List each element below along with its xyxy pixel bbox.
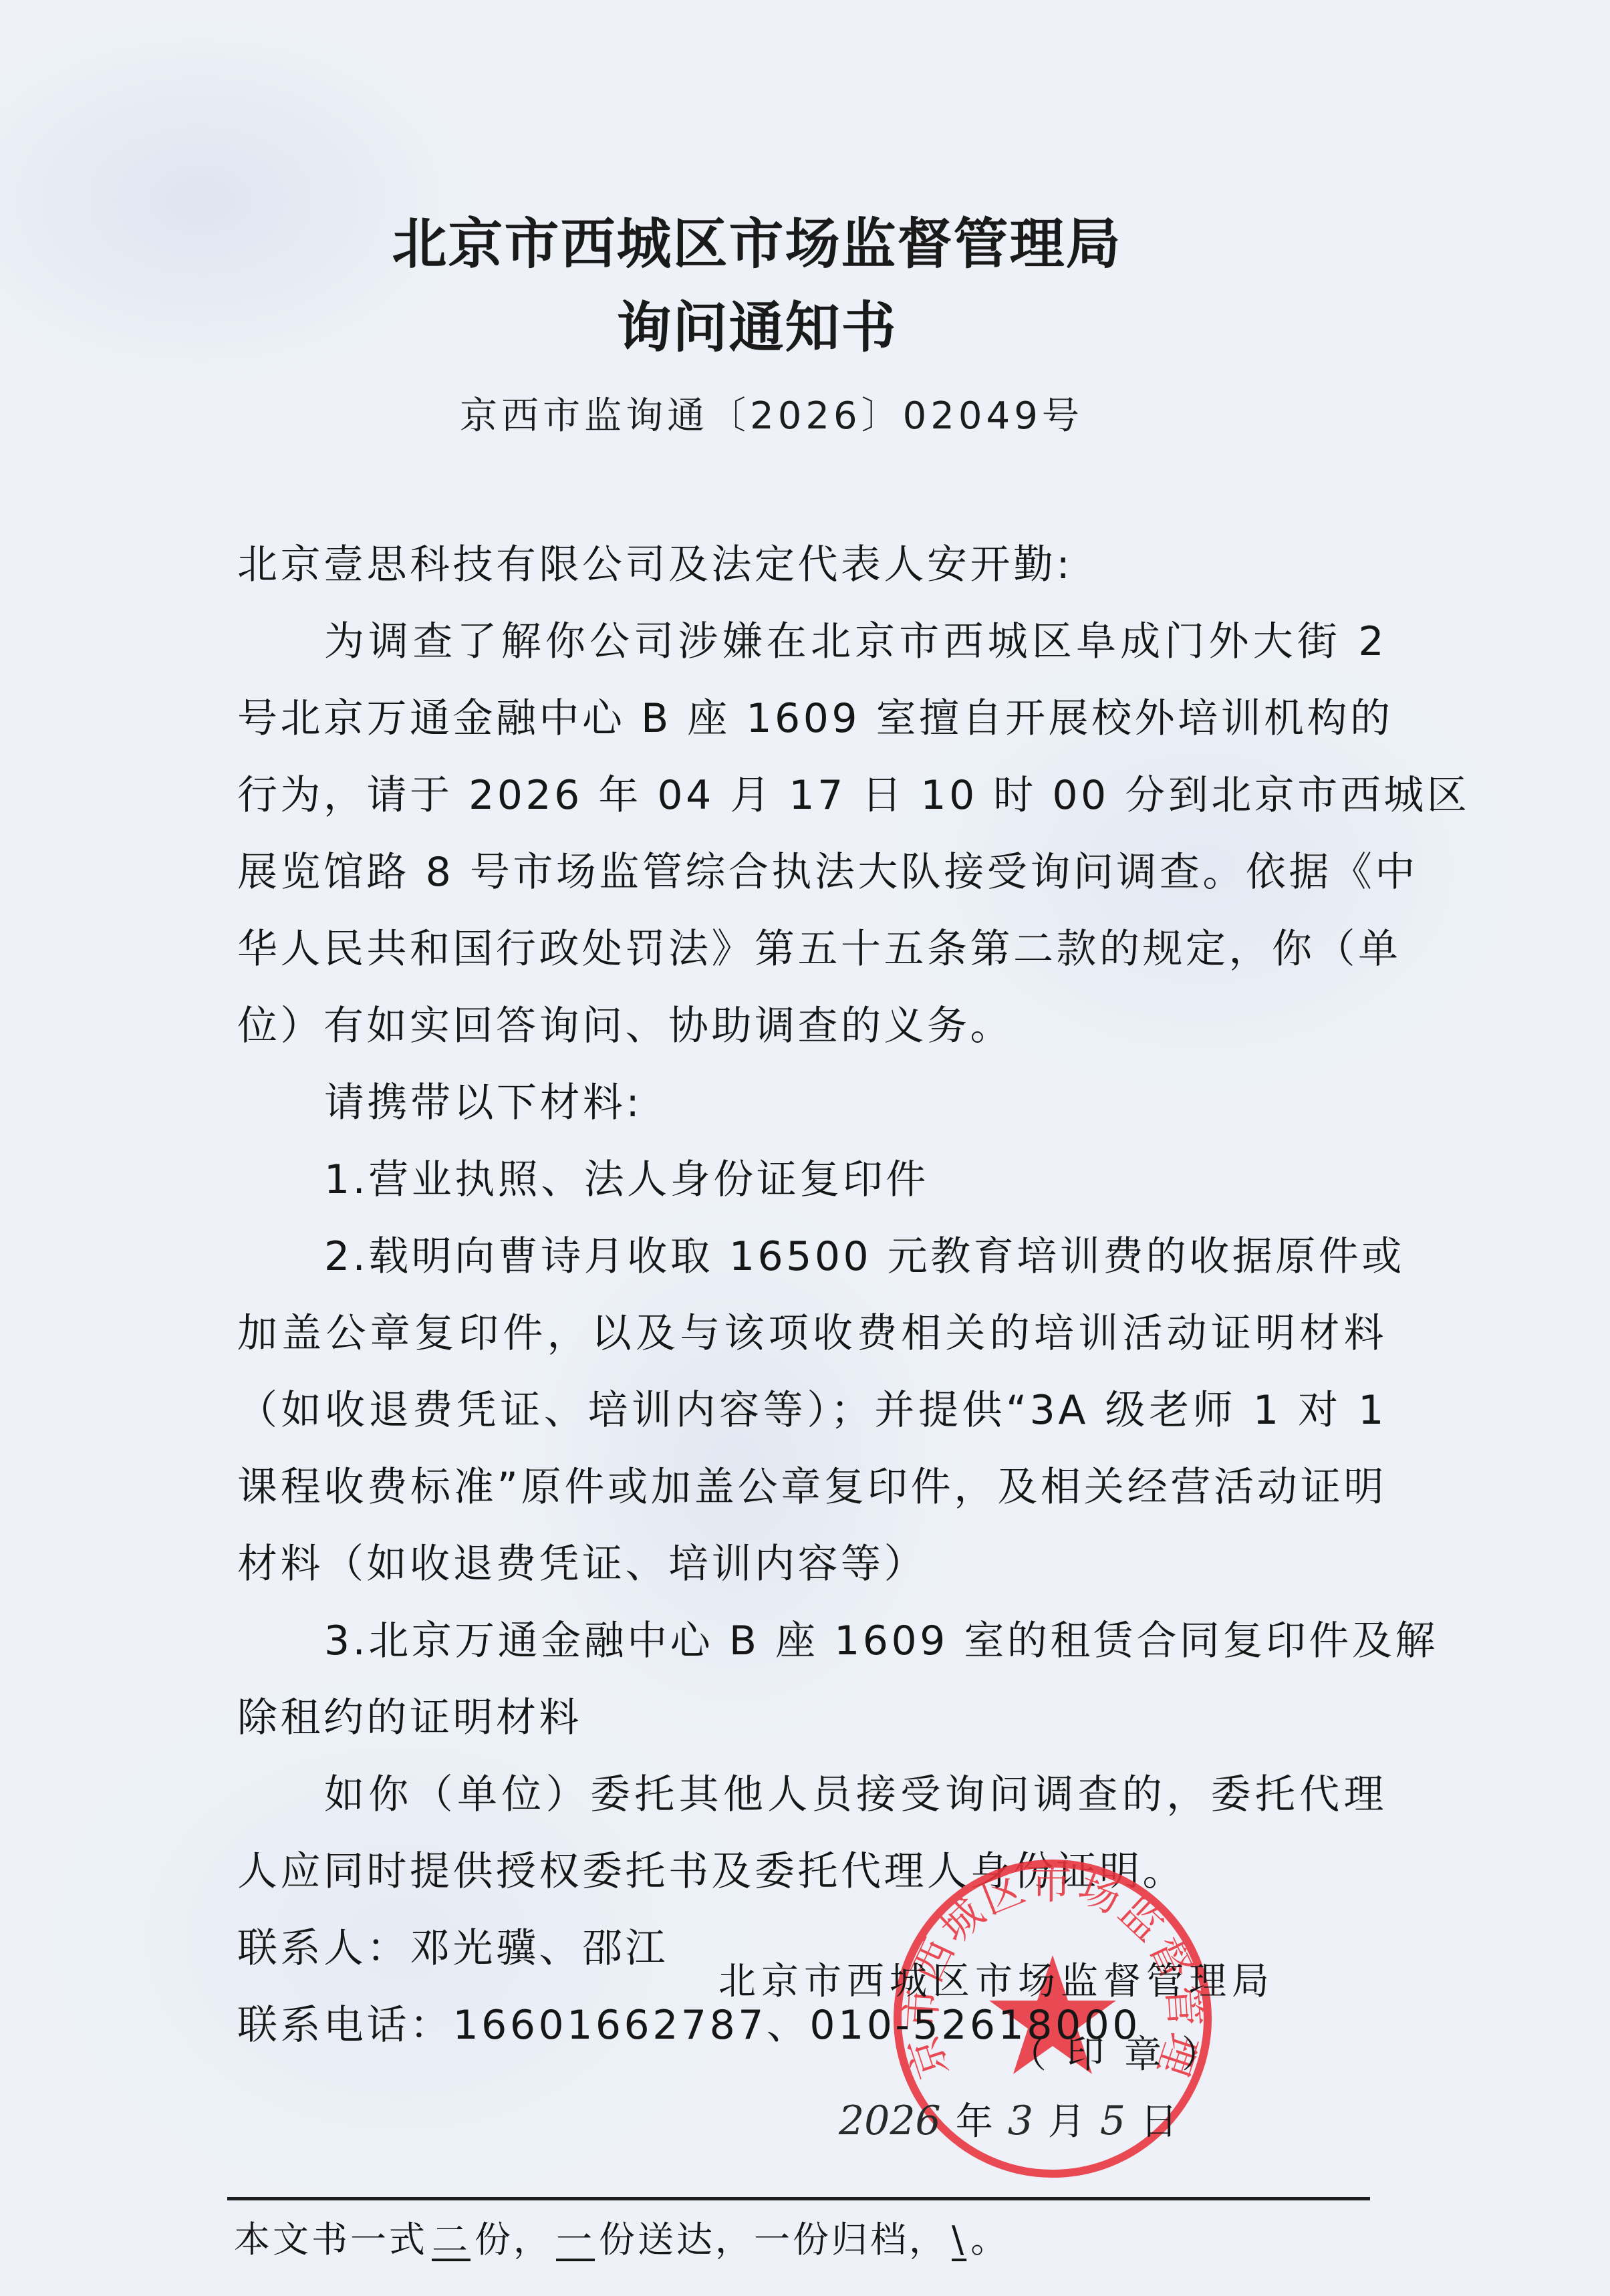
paragraph1-line: 为调查了解你公司涉嫌在北京市西城区阜成门外大街 2 — [324, 615, 1387, 668]
delegate-note-line: 如你（单位）委托其他人员接受询问调查的，委托代理 — [324, 1768, 1387, 1821]
document-type-title: 询问通知书 — [0, 284, 1562, 362]
materials-intro: 请携带以下材料: — [324, 1076, 1387, 1130]
issuer-title: 北京市西城区市场监督管理局 — [0, 201, 1562, 279]
delegate-note-line: 人应同时提供授权委托书及委托代理人身份证明。 — [237, 1845, 1387, 1898]
material-item-3-line: 3.北京万通金融中心 B 座 1609 室的租赁合同复印件及解 — [324, 1614, 1387, 1668]
material-item-2-line: 课程收费标准”原件或加盖公章复印件，及相关经营活动证明 — [237, 1460, 1387, 1514]
other-blank: \ — [948, 2218, 970, 2261]
month-label: 月 — [1048, 2092, 1085, 2146]
handwritten-day: 5 — [1100, 2097, 1125, 2144]
footer-divider — [227, 2197, 1370, 2200]
handwritten-month: 3 — [1008, 2097, 1033, 2144]
material-item-2-line: 2.载明向曹诗月收取 16500 元教育培训费的收据原件或 — [324, 1230, 1387, 1283]
addressee: 北京壹思科技有限公司及法定代表人安开勤: — [237, 538, 1387, 592]
copies-note: 本文书一式二份，一份送达，一份归档，\。 — [234, 2211, 1009, 2263]
copies-count: 二 — [428, 2218, 475, 2261]
paragraph1-line: 行为，请于 2026 年 04 月 17 日 10 时 00 分到北京市西城区 — [237, 769, 1387, 822]
inquiry-notice-document: 北京市西城区市场监督管理局 询问通知书 京西市监询通〔2026〕02049号 北… — [0, 0, 1610, 2296]
material-item-1: 1.营业执照、法人身份证复印件 — [324, 1153, 1387, 1206]
material-item-2-line: 材料（如收退费凭证、培训内容等） — [237, 1537, 1387, 1591]
issue-date: 2026 年 3 月 5 日 — [839, 2092, 1178, 2146]
footer-period: 。 — [970, 2218, 1009, 2261]
year-label: 年 — [956, 2092, 993, 2146]
issuer-signature: 北京市西城区市场监督管理局 — [718, 1952, 1274, 2005]
paragraph1-line: 号北京万通金融中心 B 座 1609 室擅自开展校外培训机构的 — [237, 692, 1387, 745]
material-item-3-line: 除租约的证明材料 — [237, 1691, 1387, 1745]
day-label: 日 — [1140, 2092, 1178, 2146]
material-item-2-line: （如收退费凭证、培训内容等）；并提供“3A 级老师 1 对 1 — [237, 1384, 1387, 1437]
material-item-2-line: 加盖公章复印件，以及与该项收费相关的培训活动证明材料 — [237, 1307, 1387, 1360]
copies-prefix: 本文书一式 — [234, 2218, 428, 2261]
copies-mid: 份， — [475, 2218, 552, 2261]
seal-label: （印章） — [1009, 2025, 1239, 2079]
archive-text: 份送达，一份归档， — [599, 2218, 948, 2261]
document-number: 京西市监询通〔2026〕02049号 — [0, 386, 1577, 440]
paragraph1-line: 华人民共和国行政处罚法》第五十五条第二款的规定，你（单 — [237, 922, 1387, 976]
sent-count: 一 — [552, 2218, 599, 2261]
handwritten-year: 2026 — [839, 2097, 941, 2144]
paragraph1-line: 位）有如实回答询问、协助调查的义务。 — [237, 999, 1387, 1053]
paragraph1-line: 展览馆路 8 号市场监管综合执法大队接受询问调查。依据《中 — [237, 846, 1387, 899]
